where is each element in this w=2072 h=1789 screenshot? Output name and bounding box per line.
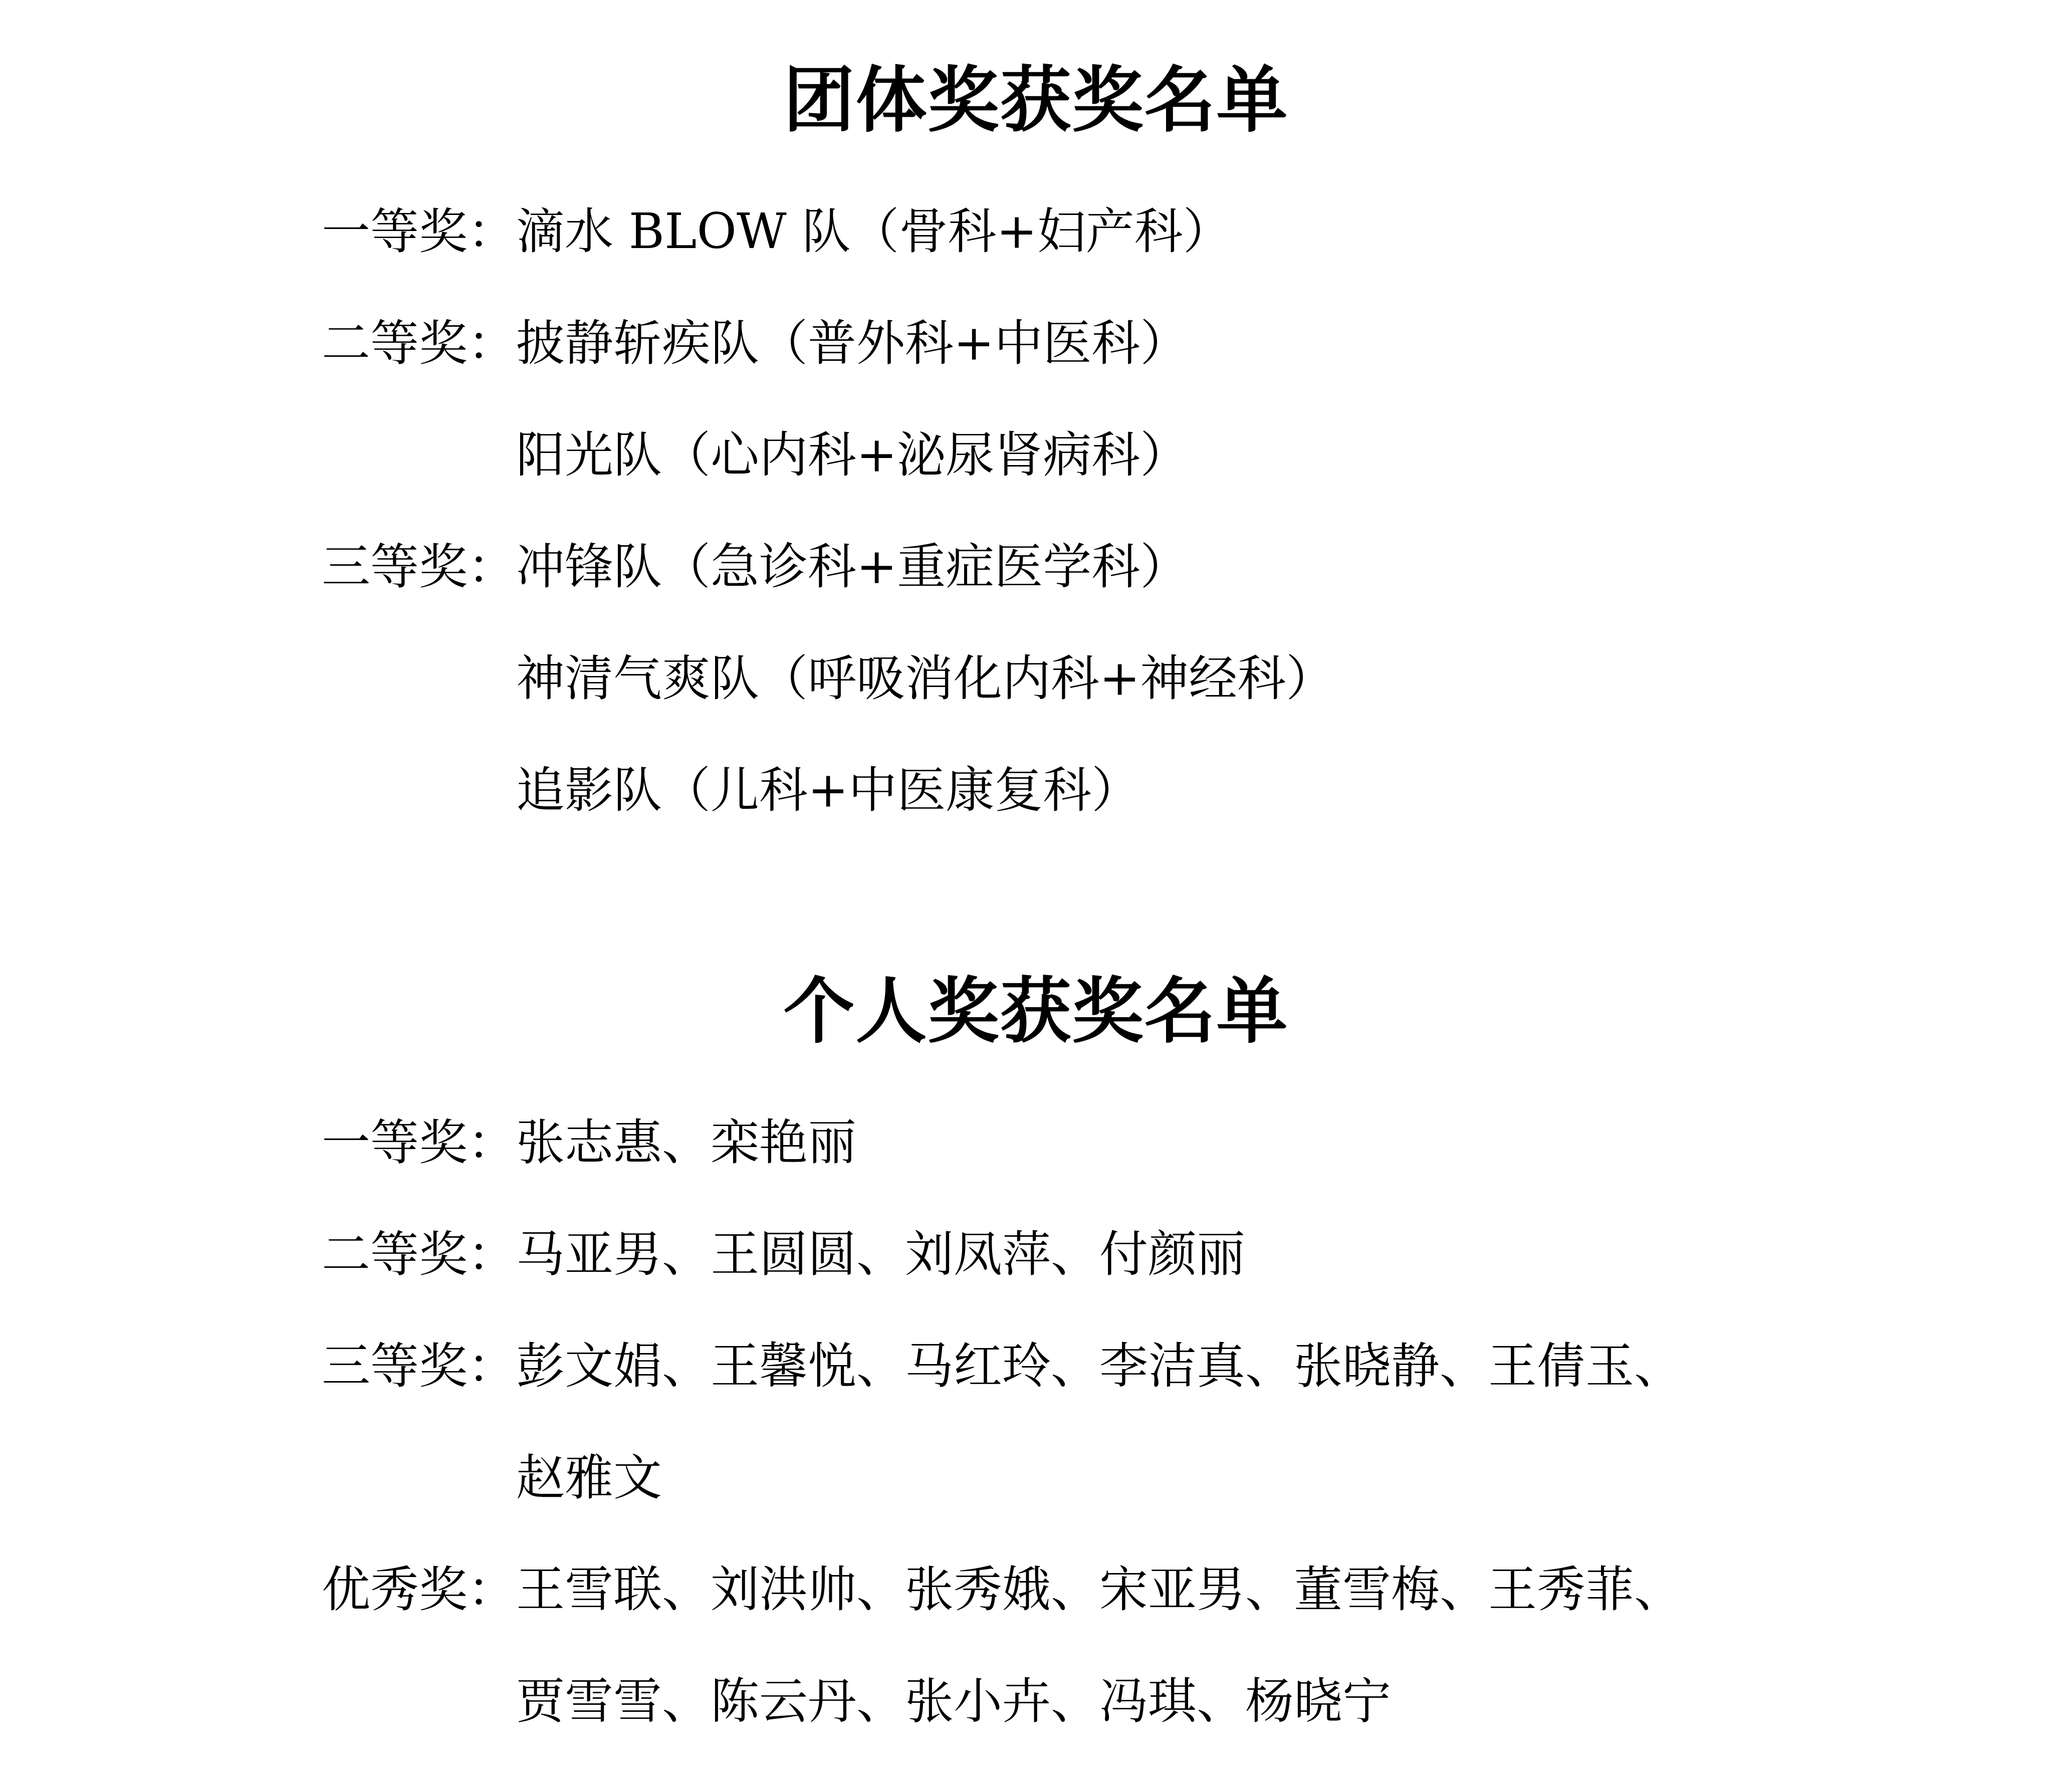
winner-line: 张志惠、栾艳丽 bbox=[516, 1086, 1922, 1198]
individual-excellence-prize-entry: 优秀奖： 王雪联、刘洪帅、张秀娥、宋亚男、董雪梅、王秀菲、 贾雪雪、陈云丹、张小… bbox=[322, 1533, 1922, 1757]
winner-line: 贾雪雪、陈云丹、张小卉、冯琪、杨晓宁 bbox=[516, 1645, 1922, 1757]
winner-line: 神清气爽队（呼吸消化内科+神经科） bbox=[516, 622, 1922, 734]
team-third-prize-entry: 三等奖： 冲锋队（急诊科+重症医学科） 神清气爽队（呼吸消化内科+神经科） 追影… bbox=[322, 511, 1922, 846]
prize-label: 三等奖： bbox=[322, 511, 516, 622]
winner-line: 披静斩疾队（普外科+中医科） bbox=[516, 287, 1922, 399]
prize-label: 二等奖： bbox=[322, 287, 516, 399]
winner-line: 追影队（儿科+中医康复科） bbox=[516, 734, 1922, 846]
winner-line: 马亚男、王圆圆、刘凤萍、付颜丽 bbox=[516, 1198, 1922, 1310]
individual-awards-list: 一等奖： 张志惠、栾艳丽 二等奖： 马亚男、王圆圆、刘凤萍、付颜丽 三等奖： 彭… bbox=[322, 1086, 1922, 1757]
individual-first-prize-entry: 一等奖： 张志惠、栾艳丽 bbox=[322, 1086, 1922, 1198]
prize-label: 一等奖： bbox=[322, 175, 516, 287]
team-first-prize-entry: 一等奖： 滴水 BLOW 队（骨科+妇产科） bbox=[322, 175, 1922, 287]
prize-label: 二等奖： bbox=[322, 1198, 516, 1310]
document-page: 团体奖获奖名单 一等奖： 滴水 BLOW 队（骨科+妇产科） 二等奖： 披静斩疾… bbox=[0, 0, 2072, 1789]
prize-label: 优秀奖： bbox=[322, 1533, 516, 1645]
winner-line: 冲锋队（急诊科+重症医学科） bbox=[516, 511, 1922, 622]
prize-label: 三等奖： bbox=[322, 1310, 516, 1422]
team-awards-list: 一等奖： 滴水 BLOW 队（骨科+妇产科） 二等奖： 披静斩疾队（普外科+中医… bbox=[322, 175, 1922, 846]
winner-line: 阳光队（心内科+泌尿肾病科） bbox=[516, 399, 1922, 511]
individual-third-prize-entry: 三等奖： 彭文娟、王馨悦、马红玲、李洁真、张晓静、王倩玉、 赵雅文 bbox=[322, 1310, 1922, 1533]
team-second-prize-entry: 二等奖： 披静斩疾队（普外科+中医科） 阳光队（心内科+泌尿肾病科） bbox=[322, 287, 1922, 511]
winner-line: 王雪联、刘洪帅、张秀娥、宋亚男、董雪梅、王秀菲、 bbox=[516, 1533, 1922, 1645]
individual-awards-title: 个人奖获奖名单 bbox=[0, 936, 2072, 1086]
prize-label: 一等奖： bbox=[322, 1086, 516, 1198]
individual-second-prize-entry: 二等奖： 马亚男、王圆圆、刘凤萍、付颜丽 bbox=[322, 1198, 1922, 1310]
team-awards-title: 团体奖获奖名单 bbox=[0, 25, 2072, 175]
winner-line: 彭文娟、王馨悦、马红玲、李洁真、张晓静、王倩玉、 bbox=[516, 1310, 1922, 1422]
winner-line: 滴水 BLOW 队（骨科+妇产科） bbox=[516, 175, 1922, 287]
winner-line: 赵雅文 bbox=[516, 1422, 1922, 1533]
